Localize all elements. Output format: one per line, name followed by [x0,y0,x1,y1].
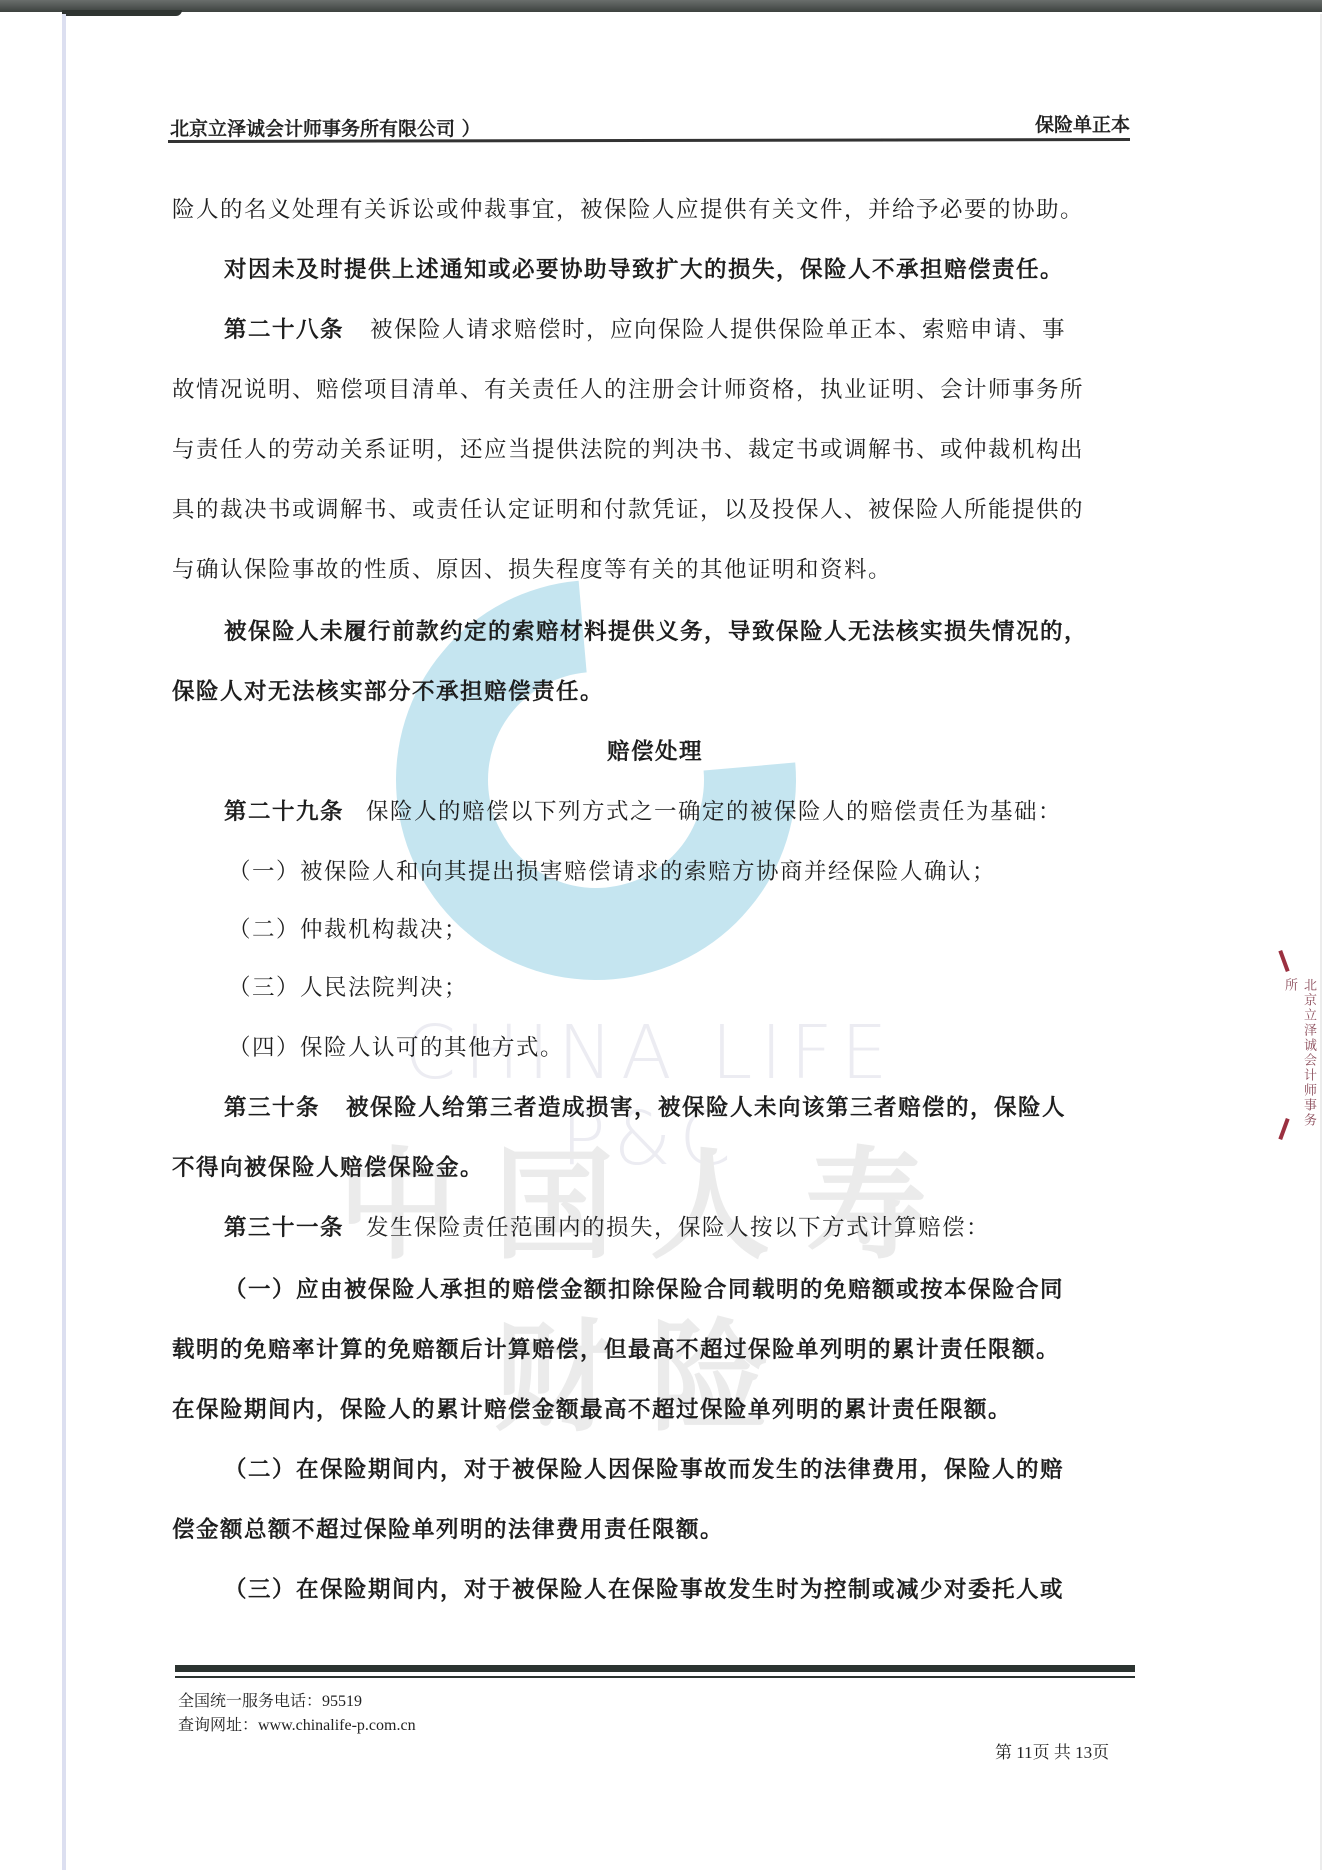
body-line: （一）应由被保险人承担的赔偿金额扣除保险合同载明的免赔额或按本保险合同 [224,1272,1064,1304]
article-number: 第三十一条 [224,1215,344,1241]
seal-mark-icon [1278,950,1289,972]
body-line: 在保险期间内，保险人的累计赔偿金额最高不超过保险单列明的累计责任限额。 [172,1392,1012,1424]
article-28: 第二十八条被保险人请求赔偿时，应向保险人提供保险单正本、索赔申请、事 [224,312,1066,344]
list-item: （二）仲裁机构裁决； [228,912,468,944]
body-line: 被保险人未履行前款约定的索赔材料提供义务，导致保险人无法核实损失情况的， [224,614,1088,646]
scan-corner-shadow [62,10,182,16]
body-line: （三）在保险期间内，对于被保险人在保险事故发生时为控制或减少对委托人或 [224,1572,1064,1604]
page-header: 北京立泽诚会计师事务所有限公司 ） 保险单正本 [170,108,1130,140]
body-line: 对因未及时提供上述通知或必要协助导致扩大的损失，保险人不承担赔偿责任。 [224,252,1064,284]
body-line: （二）在保险期间内，对于被保险人因保险事故而发生的法律费用，保险人的赔 [224,1452,1064,1484]
article-number: 第二十八条 [224,317,344,343]
header-doc-type: 保险单正本 [1035,110,1130,137]
list-item: （四）保险人认可的其他方式。 [228,1030,564,1062]
article-29: 第二十九条保险人的赔偿以下列方式之一确定的被保险人的赔偿责任为基础： [224,794,1062,826]
body-line: 故情况说明、赔偿项目清单、有关责任人的注册会计师资格，执业证明、会计师事务所 [172,372,1084,404]
footer-website: 查询网址：www.chinalife-p.com.cn [178,1712,416,1735]
page-left-edge [62,14,66,1870]
body-line: 具的裁决书或调解书、或责任认定证明和付款凭证，以及投保人、被保险人所能提供的 [172,492,1084,524]
article-number: 第三十条 [224,1095,320,1121]
seal-stamp: 北京立泽诚会计师事务所 [1278,950,1302,1140]
article-text: 被保险人给第三者造成损害，被保险人未向该第三者赔偿的，保险人 [346,1095,1066,1121]
article-text: 保险人的赔偿以下列方式之一确定的被保险人的赔偿责任为基础： [366,799,1062,825]
body-line: 与责任人的劳动关系证明，还应当提供法院的判决书、裁定书或调解书、或仲裁机构出 [172,432,1084,464]
header-divider [168,138,1130,143]
list-item: （三）人民法院判决； [228,970,468,1002]
article-30: 第三十条被保险人给第三者造成损害，被保险人未向该第三者赔偿的，保险人 [224,1090,1066,1122]
body-line: 不得向被保险人赔偿保险金。 [172,1150,484,1182]
body-line: 载明的免赔率计算的免赔额后计算赔偿，但最高不超过保险单列明的累计责任限额。 [172,1332,1060,1364]
page-number: 第 11页 共 13页 [995,1738,1109,1763]
article-text: 发生保险责任范围内的损失，保险人按以下方式计算赔偿： [366,1215,990,1241]
seal-text: 北京立泽诚会计师事务所 [1280,978,1318,1140]
footer-divider-thin [175,1676,1135,1678]
article-number: 第二十九条 [224,799,344,825]
header-company: 北京立泽诚会计师事务所有限公司 ） [170,114,481,141]
body-line: 保险人对无法核实部分不承担赔偿责任。 [172,674,604,706]
body-line: 与确认保险事故的性质、原因、损失程度等有关的其他证明和资料。 [172,552,892,584]
article-text: 被保险人请求赔偿时，应向保险人提供保险单正本、索赔申请、事 [370,317,1066,343]
footer-divider-thick [175,1665,1135,1672]
body-line: 险人的名义处理有关诉讼或仲裁事宜，被保险人应提供有关文件，并给予必要的协助。 [172,192,1084,224]
scan-top-edge [0,0,1322,12]
article-31: 第三十一条发生保险责任范围内的损失，保险人按以下方式计算赔偿： [224,1210,990,1242]
footer-hotline: 全国统一服务电话：95519 [178,1688,362,1711]
section-heading: 赔偿处理 [607,734,703,766]
body-line: 偿金额总额不超过保险单列明的法律费用责任限额。 [172,1512,724,1544]
list-item: （一）被保险人和向其提出损害赔偿请求的索赔方协商并经保险人确认； [228,854,996,886]
